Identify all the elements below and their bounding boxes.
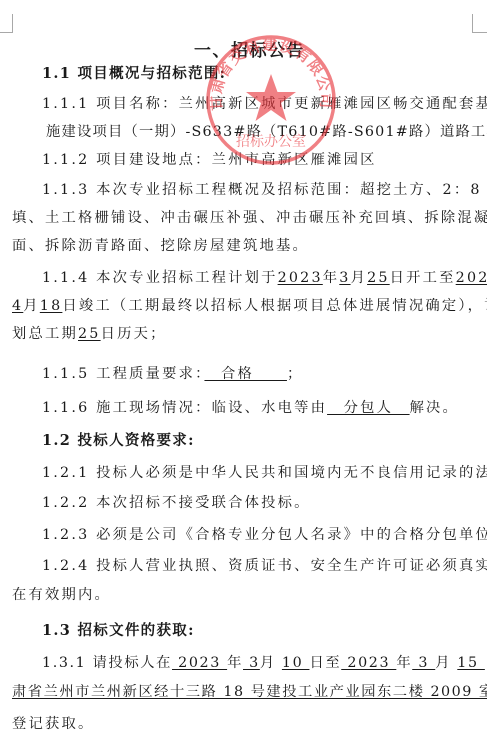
text-year-2: 年	[396, 655, 412, 671]
text-month: 月	[260, 655, 276, 671]
text-month-2: 月	[435, 655, 451, 671]
text-to: 日至	[309, 655, 341, 671]
total-duration-unit: 日历天；	[101, 326, 167, 342]
text-month: 月	[351, 270, 368, 286]
item-1-2-4-line2: 在有效期内。	[12, 585, 111, 605]
page-corner-mark-left	[0, 14, 13, 33]
section-heading-1-3: 1.3 招标文件的获取:	[42, 621, 195, 641]
item-1-2-2: 1.2.2 本次招标不接受联合体投标。	[42, 493, 311, 513]
item-1-1-4-prefix: 1.1.4 本次专业招标工程计划于	[42, 270, 278, 286]
start-day: 25	[367, 270, 390, 286]
total-duration-value: 25	[78, 326, 101, 342]
item-1-1-2: 1.1.2 项目建设地点：兰州市高新区雁滩园区	[42, 150, 377, 170]
site-conditions-value: 分包人	[327, 400, 409, 416]
to-year: 2023	[341, 655, 396, 671]
from-month: 3	[243, 655, 260, 671]
start-year: 2023	[278, 270, 323, 286]
start-month: 3	[339, 270, 350, 286]
site-conditions-label: 1.1.6 施工现场情况：临设、水电等由	[42, 400, 327, 416]
end-year: 2023	[456, 270, 487, 286]
to-day: 15	[457, 655, 485, 671]
address-line2: 肃省兰州市兰州新区经十三路 18 号建投工业产业园东二楼 2009 室	[12, 684, 487, 700]
item-1-3-1-line3: 登记获取。	[12, 714, 94, 734]
total-duration-label: 划总工期	[12, 326, 78, 342]
text-year: 年	[323, 270, 340, 286]
item-1-2-1: 1.2.1 投标人必须是中华人民共和国境内无不良信用记录的法人。	[42, 463, 487, 483]
quality-value: 合格	[204, 366, 286, 382]
section-heading-1-1: 1.1 项目概况与招标范围:	[42, 64, 226, 84]
item-1-1-5: 1.1.5 工程质量要求： 合格 ；	[42, 364, 303, 384]
end-day: 18	[40, 298, 63, 314]
item-1-2-3: 1.2.3 必须是公司《合格专业分包人名录》中的合格分包单位。	[42, 525, 487, 545]
item-1-1-4-line2-rest: 日竣工（工期最终以招标人根据项目总体进展情况确定），计	[62, 298, 487, 314]
section-heading-1-2: 1.2 投标人资格要求:	[42, 431, 195, 451]
item-1-2-4-line1: 1.2.4 投标人营业执照、资质证书、安全生产许可证必须真实且均	[42, 556, 487, 576]
text-start-to: 日开工至	[390, 270, 456, 286]
item-1-1-1-line1: 1.1.1 项目名称：兰州高新区城市更新雁滩园区畅交通配套基础设	[42, 94, 487, 114]
item-1-1-1-line2: 施建设项目（一期）-S633#路（T610#路-S601#路）道路工程	[46, 122, 487, 142]
page-corner-mark-right	[472, 14, 487, 33]
item-1-3-1-line1: 1.3.1 请投标人在 2023 年 3月 10 日至 2023 年 3 月 1…	[42, 653, 487, 673]
item-1-1-4-line1: 1.1.4 本次专业招标工程计划于2023年3月25日开工至2023年	[42, 268, 487, 288]
to-month: 3	[412, 655, 435, 671]
acquisition-label: 1.3.1 请投标人在	[42, 655, 172, 671]
item-1-1-3-line3: 面、拆除沥青路面、挖除房屋建筑地基。	[12, 236, 309, 256]
end-month: 4	[12, 298, 23, 314]
site-conditions-suffix: 解决。	[410, 400, 460, 416]
item-1-1-4-line3: 划总工期25日历天；	[12, 324, 167, 344]
document-title: 一、招标公告	[194, 41, 305, 61]
item-1-3-1-line2: 肃省兰州市兰州新区经十三路 18 号建投工业产业园东二楼 2009 室进行	[12, 682, 487, 702]
from-day: 10	[282, 655, 310, 671]
quality-suffix: ；	[287, 366, 304, 382]
quality-label: 1.1.5 工程质量要求：	[42, 366, 204, 382]
item-1-1-3-line2: 填、土工格栅铺设、冲击碾压补强、冲击碾压补充回填、拆除混凝土路	[12, 208, 487, 228]
item-1-1-6: 1.1.6 施工现场情况：临设、水电等由 分包人 解决。	[42, 398, 459, 418]
text-year: 年	[227, 655, 243, 671]
text-month-2: 月	[23, 298, 40, 314]
item-1-1-3-line1: 1.1.3 本次专业招标工程概况及招标范围：超挖土方、2：8 灰土换	[42, 180, 487, 200]
item-1-1-4-line2: 4月18日竣工（工期最终以招标人根据项目总体进展情况确定），计	[12, 296, 487, 316]
from-year: 2023	[172, 655, 227, 671]
